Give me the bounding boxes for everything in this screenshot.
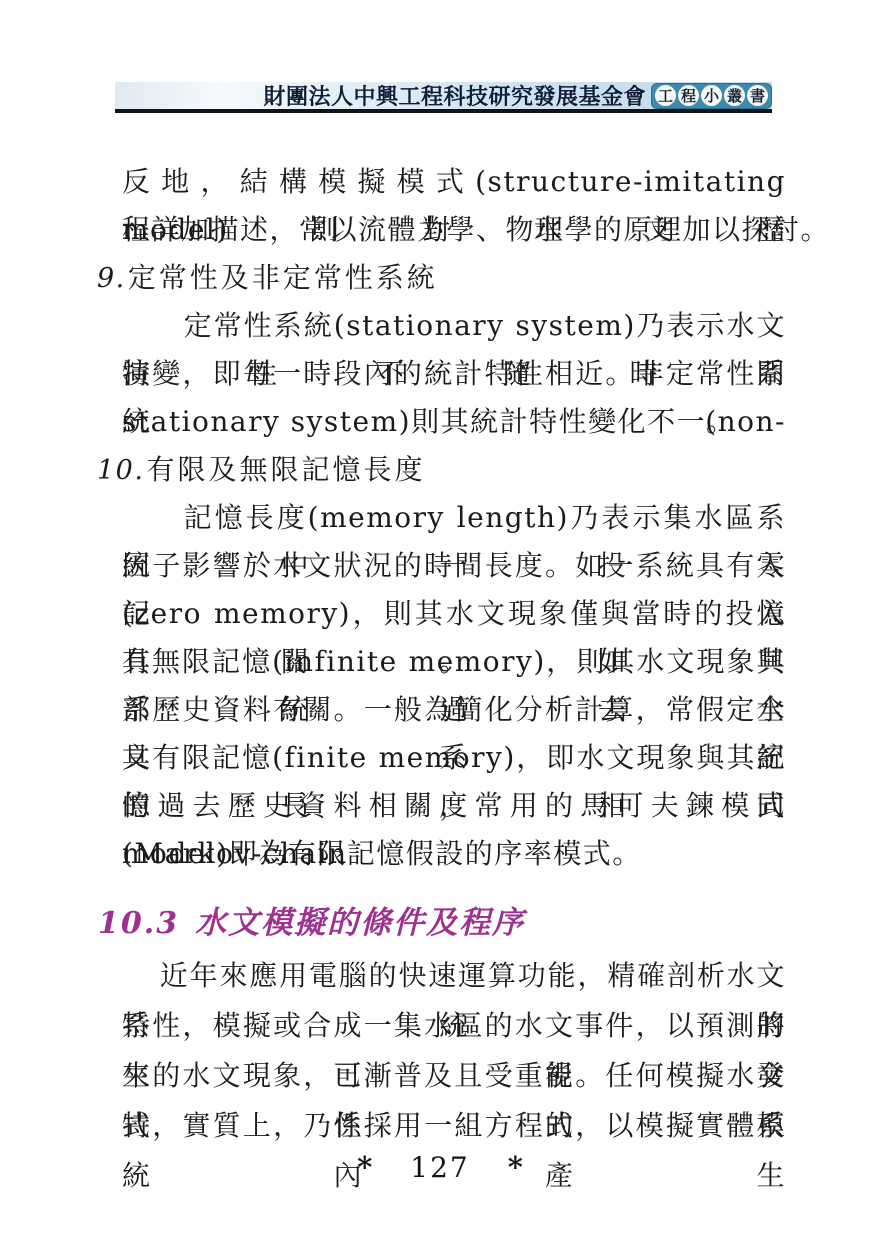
body-line: 具有限記憶(finite memory)，即水文現象與其記憶長度相同 [97,734,786,782]
list-title: 定常性及非定常性系統 [128,261,438,294]
footer-star-right: * [508,1150,523,1184]
badge-character: 工 [655,85,676,106]
body-line: 程詳加描述，常以流體力學、物理學的原理加以探討。 [97,206,786,254]
section-number: 10.3 [98,906,179,941]
body-line: 式，實質上，乃係採用一組方程式，以模擬實體系統內產生 [97,1101,786,1151]
body-line: 生的水文現象，已漸普及且受重視。任何模擬水文特性的模 [97,1051,786,1101]
body-text-section: 近年來應用電腦的快速運算功能，精確剖析水文系統的 特性，模擬或合成一集水區的水文… [97,951,786,1151]
list-item-10: 10.有限及無限記憶長度 [97,446,786,494]
page-footer: * 127 * [0,1150,880,1184]
badge-char-label: 工 [658,85,673,106]
footer-star-left: * [357,1150,372,1184]
body-line: stationary system)則其統計特性變化不一。 [97,398,786,446]
body-line: model)即為有限記憶假設的序率模式。 [97,830,786,878]
body-line: 近年來應用電腦的快速運算功能，精確剖析水文系統的 [97,951,786,1001]
header-rule [115,109,772,113]
book-page: 財團法人中興工程科技研究發展基金會 工 程 小 叢 書 反地，結構模擬模式(st… [0,0,880,1240]
body-text-section: 反地，結構模擬模式(structure-imitating model)則對水文… [97,158,786,878]
badge-character: 小 [701,85,722,106]
badge-character: 書 [747,85,768,106]
body-line: 演變，即每一時段內的統計特性相近。非定常性系統(non- [97,350,786,398]
section-heading: 10.3水文模擬的條件及程序 [98,897,525,942]
body-line: (zero memory)，則其水文現象僅與當時的投入有關。如其 [97,590,786,638]
list-item-9: 9.定常性及非定常性系統 [97,254,786,302]
body-line: 具無限記憶(infinite memory)，則其水文現象與系統過去全 [97,638,786,686]
badge-character: 程 [678,85,699,106]
section-title: 水文模擬的條件及程序 [195,905,525,941]
list-number: 10. [97,455,144,486]
body-line: 部歷史資料有關。一般為簡化分析計算，常假定水文系統 [97,686,786,734]
series-badge: 工 程 小 叢 書 [651,83,772,109]
badge-char-label: 叢 [727,85,742,106]
page-number: 127 [410,1151,469,1184]
body-line: 特性，模擬或合成一集水區的水文事件，以預測將來可能發 [97,1001,786,1051]
body-line: 因子影響於水文狀況的時間長度。如一系統具有零記憶 [97,542,786,590]
badge-char-label: 程 [681,85,696,106]
badge-character: 叢 [724,85,745,106]
list-title: 有限及無限記憶長度 [146,453,425,486]
body-line: 記憶長度(memory length)乃表示集水區系統中一投入 [97,494,786,542]
publisher-title: 財團法人中興工程科技研究發展基金會 [263,80,646,111]
body-line: 定常性系統(stationary system)乃表示水文特性不隨時間 [97,302,786,350]
body-line: 的過去歷史資料相關，常用的馬可夫鍊模式(Markov-chain [97,782,786,830]
list-number: 9. [97,263,126,294]
header-banner: 財團法人中興工程科技研究發展基金會 工 程 小 叢 書 [115,82,772,109]
body-line: 反地，結構模擬模式(structure-imitating model)則對水文… [97,158,786,206]
badge-char-label: 小 [704,85,719,106]
badge-char-label: 書 [750,85,765,106]
